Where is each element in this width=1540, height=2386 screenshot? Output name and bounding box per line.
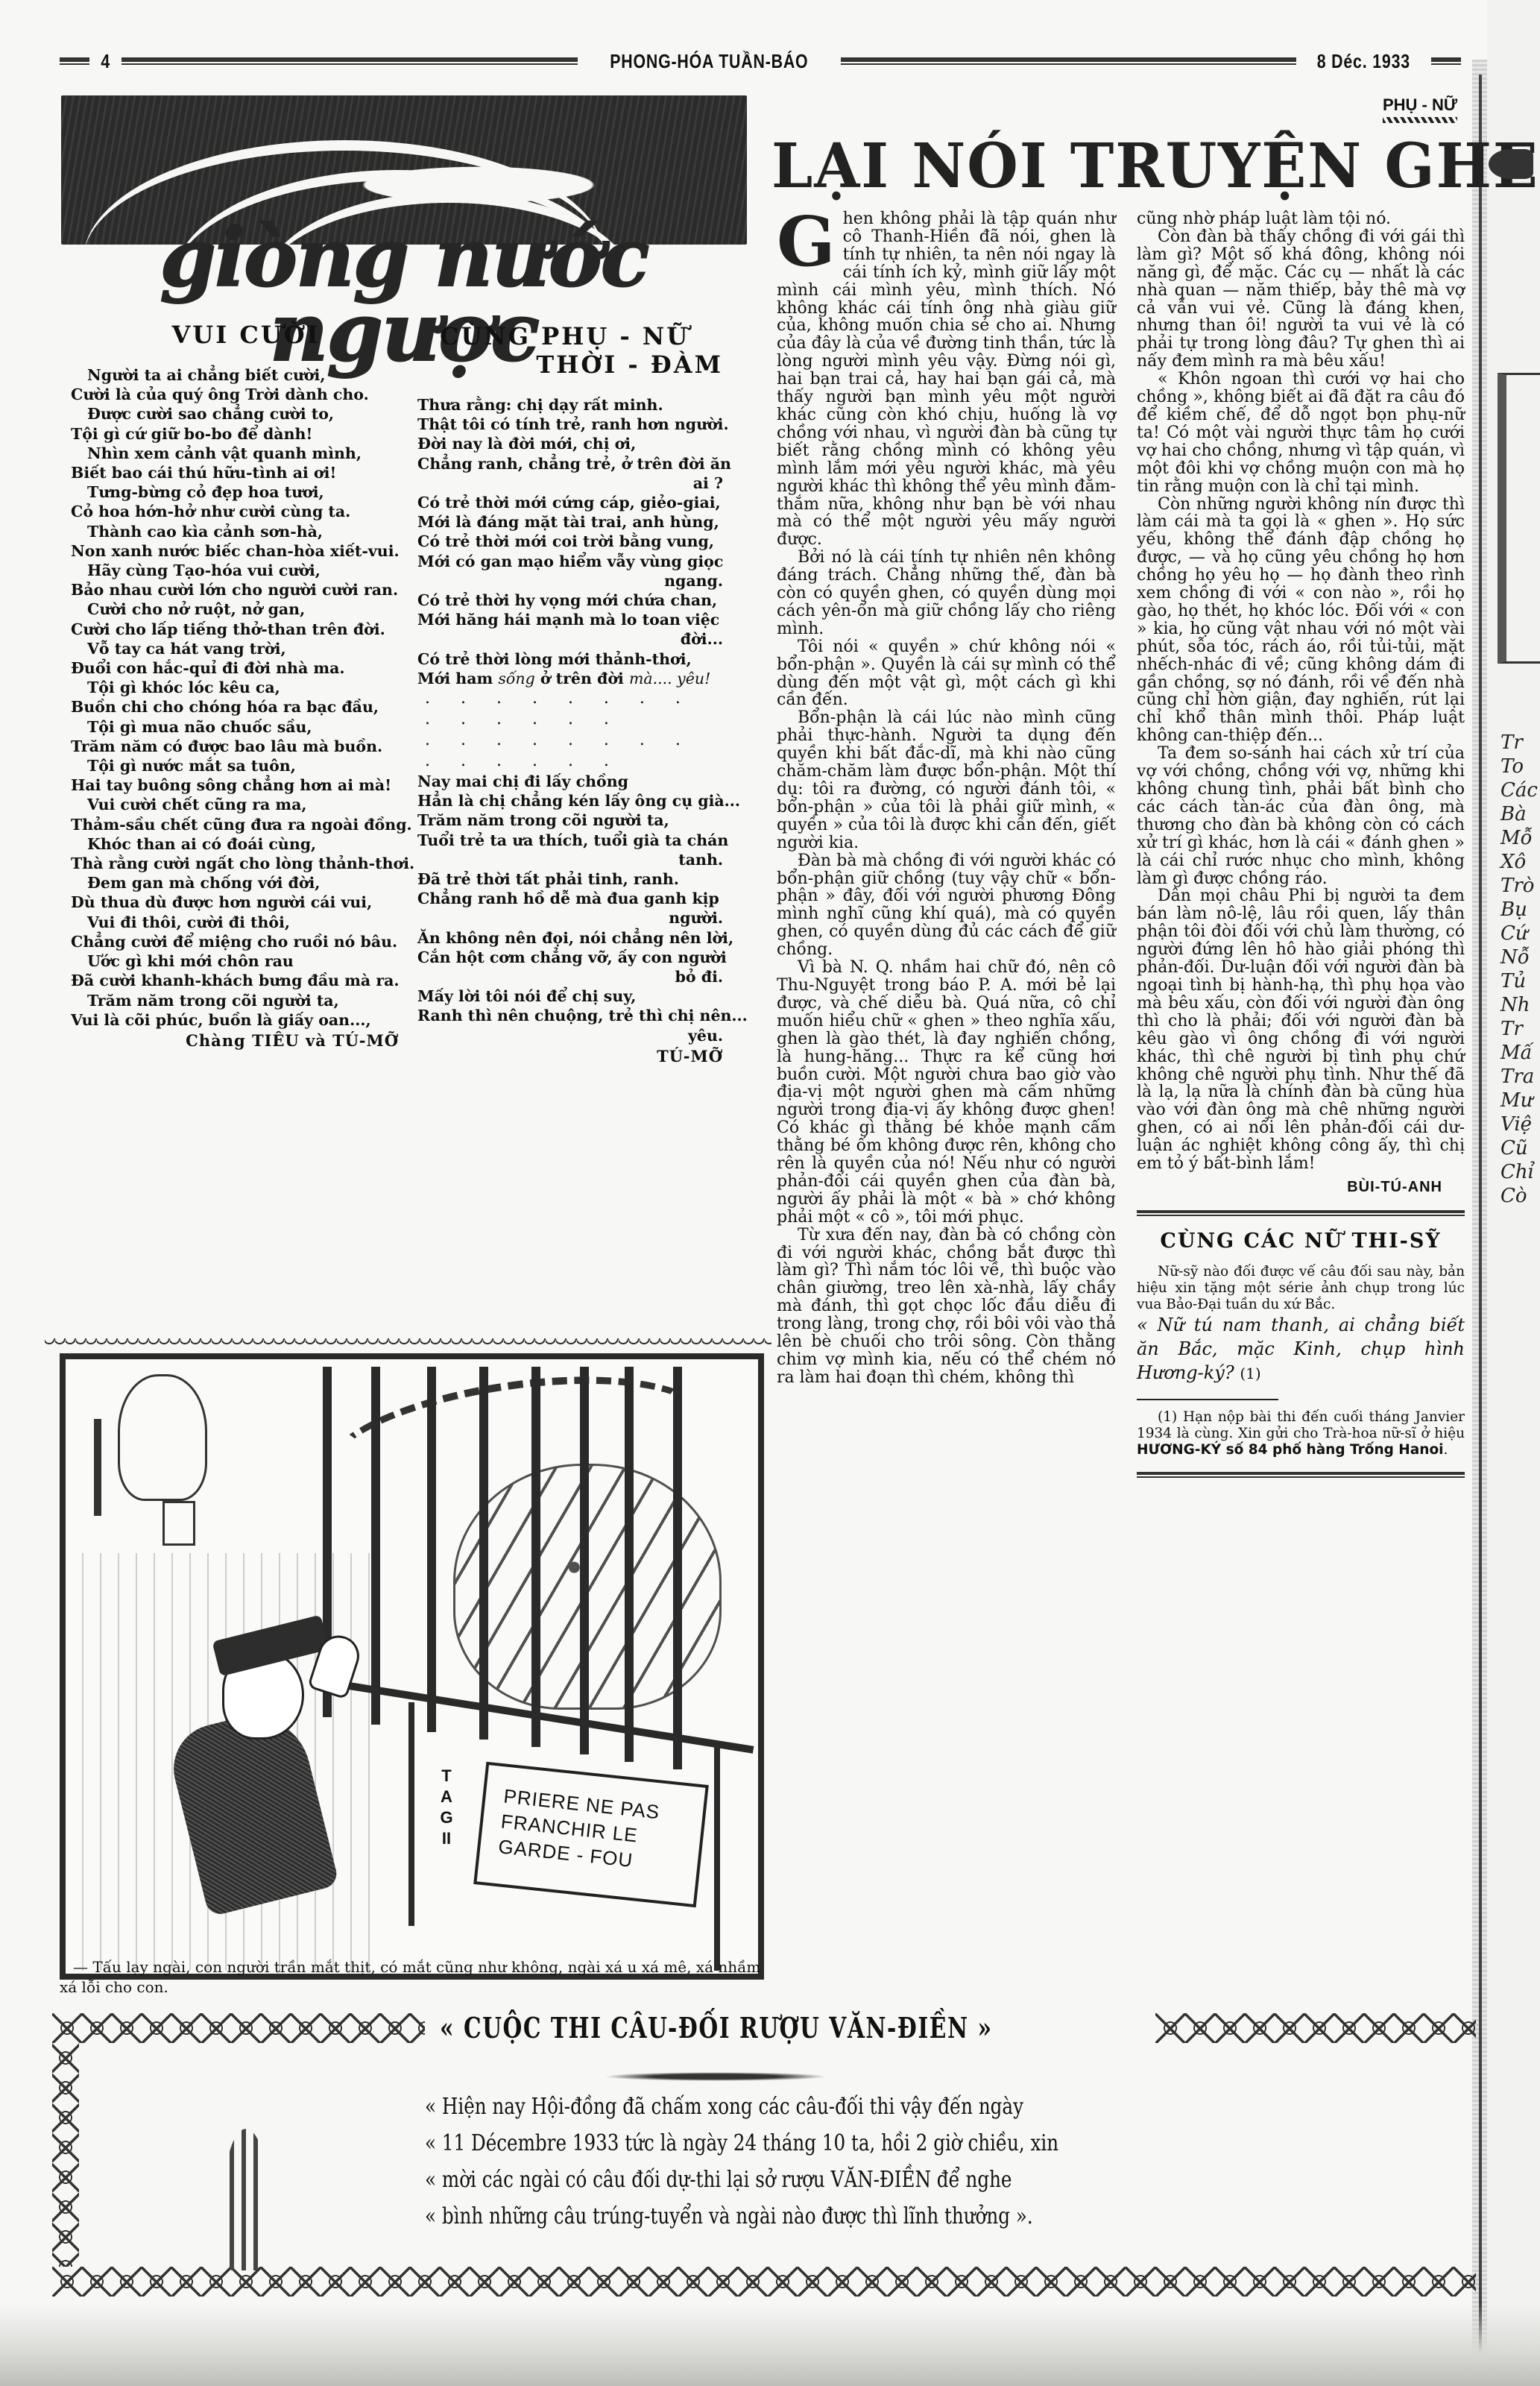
poem-title-line2: THỜI - ĐÀM — [417, 350, 723, 379]
poets-quote: « Nữ tú nam thanh, ai chẳng biết ăn Bắc,… — [1137, 1313, 1465, 1385]
incense-drawing — [162, 1501, 195, 1546]
poem-line: Có trẻ thời mới coi trời bằng vung, — [417, 532, 723, 551]
adjacent-text-fragment: Các — [1487, 778, 1540, 802]
artist-signature: T A G II — [438, 1766, 455, 1849]
section-label-text: PHỤ - NỮ — [1383, 95, 1457, 115]
poem-cung-phu-nu: CÙNG PHỤ - NỮ THỜI - ĐÀM Thưa rằng: chị … — [417, 322, 723, 1065]
poem-line: Tuổi trẻ ta ưa thích, tuổi già ta chán — [417, 831, 723, 850]
poem-line: Trăm năm có được bao lâu mà buồn. — [71, 737, 399, 756]
poem-lines: Người ta ai chẳng biết cười,Cười là của … — [71, 365, 399, 1030]
article-paragraph: Dân mọi châu Phi bị người ta đem bán làm… — [1137, 887, 1465, 1173]
poem-line: Bảo nhau cười lớn cho người cười ran. — [71, 580, 399, 599]
adjacent-page-edge: TrToCácBàMỗXôTròBụCứNỗTủNhTrMấTraMưViệCũ… — [1487, 0, 1540, 2386]
article-column-1: Ghen không phải là tập quán như cô Thanh… — [777, 210, 1116, 1387]
ornament-border-left — [52, 2043, 79, 2267]
footnote-rule — [1137, 1399, 1278, 1400]
poem-line: Tội gì nước mắt sa tuôn, — [71, 756, 399, 775]
poem-line: Tội gì cứ giữ bo-bo để dành! — [71, 424, 399, 444]
cage-bar — [673, 1367, 682, 1769]
adjacent-text-fragment: Cũ — [1487, 1136, 1540, 1160]
poem-line: Tưng-bừng cỏ đẹp hoa tươi, — [71, 482, 399, 502]
poem-line: Chẳng cười để miệng cho ruồi nó bâu. — [71, 932, 399, 951]
adjacent-text-fragment: Trò — [1487, 874, 1540, 898]
adjacent-text-fragment: Tra — [1487, 1065, 1540, 1089]
article-paragraph: Còn những người không nín được thì làm c… — [1137, 496, 1465, 746]
section-divider — [1137, 1472, 1465, 1478]
poem-line: Mới hăng hái mạnh mà lo toan việc — [417, 610, 723, 629]
article-paragraph: Ta đem so-sánh hai cách xử trí của vợ vớ… — [1137, 745, 1465, 887]
article-paragraph: cũng nhờ pháp luật làm tội nó. — [1137, 210, 1465, 228]
cartoon-illustration: PRIERE NE PAS FRANCHIR LE GARDE - FOU T … — [60, 1353, 764, 1980]
swash-ornament — [604, 2072, 827, 2081]
poem-line: Có trẻ thời lòng mới thảnh-thơi, — [417, 649, 723, 669]
contest-line: « bình những câu trúng-tuyển và ngài nào… — [425, 2198, 1067, 2235]
poem-line: Mới là đáng mặt tài trai, anh hùng, — [417, 512, 723, 532]
contest-announcement: « CUỘC THI CÂU-ĐỐI RƯỢU VĂN-ĐIỀN » « Hiệ… — [52, 2009, 1476, 2300]
publication-name: PHONG-HÓA TUẦN-BÁO — [610, 50, 808, 73]
article-byline: BÙI-TÚ-ANH — [1137, 1179, 1465, 1197]
poem-line: Đời nay là đời mới, chị ơi, — [417, 434, 723, 453]
article-paragraph: « Khôn ngoan thì cưới vợ hai cho chồng »… — [1137, 371, 1465, 495]
adjacent-text-fragment: Mư — [1487, 1089, 1540, 1112]
fish-ornament-icon — [1489, 149, 1533, 179]
cartoon-caption: — Tấu lạy ngài, con người trần mắt thịt,… — [60, 1957, 764, 1998]
poem-line: Trăm năm trong cõi người ta, — [417, 810, 723, 830]
cage-bar — [531, 1367, 540, 1747]
contest-line: « 11 Décembre 1933 tức là ngày 24 tháng … — [425, 2125, 1067, 2162]
poem-stanza-2: Nay mai chị đi lấy chồngHẳn là chị chẳng… — [417, 772, 723, 1045]
adjacent-page-box — [1498, 373, 1540, 664]
section-masthead-woodcut: giòng nước ngược — [54, 95, 754, 289]
article-paragraph: Đàn bà mà chồng đi với người khác có bổn… — [777, 852, 1116, 959]
poem-line: Thành cao kìa cảnh sơn-hà, — [71, 522, 399, 541]
poem-line: Nay mai chị đi lấy chồng — [417, 772, 723, 791]
poets-section-title: CÙNG CÁC NỮ THI-SỸ — [1137, 1233, 1465, 1250]
adjacent-text-fragment: Tr — [1487, 1017, 1540, 1041]
poem-line: Thà rằng cười ngất cho lòng thảnh-thơi. — [71, 854, 399, 873]
article-paragraph: Bởi nó là cái tính tự nhiên nên không đá… — [777, 549, 1116, 638]
poem-line: Đem gan mà chống với đời, — [71, 873, 399, 893]
hatch-underline — [1383, 117, 1457, 123]
drop-cap: G — [777, 212, 836, 271]
article-column-2: cũng nhờ pháp luật làm tội nó.Còn đàn bà… — [1137, 210, 1465, 1494]
poem-line: Khóc than ai có đoái cùng, — [71, 834, 399, 854]
candle-drawing — [94, 1419, 101, 1516]
poem-line: người. — [417, 908, 723, 928]
page-number: 4 — [101, 50, 110, 73]
adjacent-text-fragment: Nh — [1487, 993, 1540, 1017]
poem-line: Cỏ hoa hớn-hở như cười cùng ta. — [71, 502, 399, 521]
poem-line-italic: Mới ham sống ở trên đời mà.... yêu! — [417, 669, 723, 688]
adjacent-text-fragment: Mấ — [1487, 1041, 1540, 1065]
wheat-ornament-icon — [224, 2129, 268, 2270]
contest-line: « Hiện nay Hội-đồng đã chấm xong các câu… — [425, 2088, 1067, 2125]
text: ở trên đời — [535, 670, 629, 687]
poem-line: ngang. — [417, 571, 723, 591]
poem-line: Hẳn là chị chẳng kén lấy ông cụ già... — [417, 791, 723, 810]
poem-line: đời... — [417, 629, 723, 649]
article-paragraph: Từ xưa đến nay, đàn bà có chồng còn đi v… — [777, 1227, 1116, 1387]
binding-line — [1479, 75, 1482, 2386]
header-rule — [122, 57, 578, 65]
adjacent-text-fragment: Xô — [1487, 850, 1540, 874]
poem-stanza-1: Thưa rằng: chị dạy rất minh.Thật tôi có … — [417, 395, 723, 669]
ellipsis-row: . . . . . . . . . . . . . . — [417, 730, 723, 772]
adjacent-text-fragment: Tủ — [1487, 969, 1540, 993]
poem-line: Đã cười khanh-khách bưng đầu mà ra. — [71, 971, 399, 990]
quote-text: « Nữ tú nam thanh, ai chẳng biết ăn Bắc,… — [1137, 1315, 1465, 1383]
poem-line: Chẳng ranh, chẳng trẻ, ở trên đời ăn — [417, 454, 723, 473]
ellipsis-row: . . . . . . . . . . . . . . — [417, 688, 723, 730]
poem-line: Đuổi con hắc-quỉ đi đời nhà ma. — [71, 658, 399, 678]
rail-post — [408, 1702, 414, 1926]
article-paragraph: Vì bà N. Q. nhầm hai chữ đó, nên cô Thu-… — [777, 959, 1116, 1227]
poem-line: Thật tôi có tính trẻ, ranh hơn người. — [417, 415, 723, 434]
adjacent-text-fragment: Tr — [1487, 731, 1540, 755]
poem-line: Cười cho nở ruột, nở gan, — [71, 599, 399, 619]
poets-intro: Nữ-sỹ nào đối được vế câu đối sau này, b… — [1137, 1264, 1465, 1313]
text: Mới ham — [417, 670, 498, 687]
poem-line: Chẳng ranh hồ dễ mà đua ganh kịp — [417, 889, 723, 908]
poem-title: VUI CƯỜI — [93, 321, 399, 349]
cage-bar — [625, 1367, 634, 1762]
poem-line: Ăn không nên đọi, nói chẳng nên lời, — [417, 928, 723, 948]
poem-line: Tội gì khóc lóc kêu ca, — [71, 678, 399, 697]
poem-line: Người ta ai chẳng biết cười, — [71, 365, 399, 385]
poem-line: Tội gì mua não chuốc sầu, — [71, 717, 399, 737]
section-divider — [1137, 1210, 1465, 1216]
altar-drawing — [88, 1374, 222, 1553]
poem-line: Cười là của quý ông Trời dành cho. — [71, 385, 399, 404]
running-header: 4 PHONG-HÓA TUẦN-BÁO 8 Déc. 1933 — [60, 48, 1461, 75]
header-rule — [1431, 57, 1461, 65]
poem-line: Vui cười chết cũng ra ma, — [71, 795, 399, 814]
poem-line: Mới có gan mạo hiểm vẫy vùng giọc — [417, 552, 723, 571]
poem-line: Thảm-sầu chết cũng đưa ra ngoài đồng. — [71, 815, 399, 834]
article-paragraph: Ghen không phải là tập quán như cô Thanh… — [777, 210, 1116, 549]
signature-glyph: A — [438, 1787, 455, 1807]
adjacent-text-fragment: Việ — [1487, 1112, 1540, 1136]
poem-line: Non xanh nước biếc chan-hòa xiết-vui. — [71, 541, 399, 561]
poem-line: Mấy lời tôi nói để chị suy, — [417, 986, 723, 1006]
contest-title: « CUỘC THI CÂU-ĐỐI RƯỢU VĂN-ĐIỀN » — [440, 2009, 993, 2047]
cage-bar — [371, 1367, 380, 1725]
poem-line: Vui là cõi phúc, buồn là giấy oan..., — [71, 1010, 399, 1030]
poem-line: Có trẻ thời hy vọng mới chứa chan, — [417, 591, 723, 610]
poem-line: Hãy cùng Tạo-hóa vui cười, — [71, 561, 399, 580]
poem-line: bỏ đi. — [417, 967, 723, 986]
cage-bar — [479, 1367, 488, 1740]
signature-glyph: G — [438, 1807, 455, 1828]
cage-bar — [427, 1367, 436, 1732]
adjacent-text-fragment: Bụ — [1487, 898, 1540, 922]
text-italic: sống — [498, 670, 534, 687]
poem-line: Được cười sao chẳng cười to, — [71, 404, 399, 424]
poem-line: Trăm năm trong cõi người ta, — [71, 991, 399, 1010]
article-paragraph: Còn đàn bà thấy chồng đi với gái thì làm… — [1137, 228, 1465, 371]
contest-body: « Hiện nay Hội-đồng đã chấm xong các câu… — [425, 2088, 1067, 2235]
footnote-address: HƯƠNG-KÝ số 84 phố hàng Trống Hanoi — [1137, 1442, 1444, 1458]
kneeling-man-drawing — [162, 1628, 341, 1941]
contest-line: « mời các ngài có câu đối dự-thi lại sở … — [425, 2162, 1067, 2198]
poem-line: Ranh thì nên chuộng, trẻ thì chị nên... — [417, 1006, 723, 1025]
adjacent-text-fragment: Bà — [1487, 802, 1540, 826]
signature-glyph: T — [438, 1766, 455, 1787]
poem-signature: Chàng TIÊU và TÚ-MỠ — [71, 1031, 399, 1050]
header-rule — [841, 57, 1297, 65]
poem-line: Đã trẻ thời tất phải tinh, ranh. — [417, 869, 723, 889]
ornament-border-top-left — [52, 2013, 425, 2043]
adjacent-text-fragment: Nỗ — [1487, 945, 1540, 969]
article-paragraph: Tôi nói « quyền » chứ không nói « bổn-ph… — [777, 638, 1116, 710]
adjacent-page-fragments: TrToCácBàMỗXôTròBụCứNỗTủNhTrMấTraMưViệCũ… — [1487, 731, 1540, 1208]
poem-line: Ước gì khi mới chôn rau — [71, 951, 399, 971]
poem-line: Buồn chi cho chóng hóa ra bạc đầu, — [71, 697, 399, 717]
poem-line: Nhìn xem cảnh vật quanh mình, — [71, 444, 399, 463]
poem-line: Hai tay buông sông chẳng hơn ai mà! — [71, 775, 399, 795]
cage-bar — [580, 1367, 589, 1754]
section-label: PHỤ - NỮ — [1383, 95, 1457, 123]
footnote-ref: (1) — [1240, 1364, 1260, 1382]
poem-line: Có trẻ thời mới cứng cáp, giẻo-giai, — [417, 493, 723, 512]
poem-line: Dù thua dù được hơn người cái vui, — [71, 893, 399, 912]
poem-vui-cuoi: VUI CƯỜI Người ta ai chẳng biết cười,Cườ… — [71, 321, 399, 1050]
article-paragraphs: cũng nhờ pháp luật làm tội nó.Còn đàn bà… — [1137, 210, 1465, 1173]
article-paragraphs: Ghen không phải là tập quán như cô Thanh… — [777, 210, 1116, 1387]
poem-line: Thưa rằng: chị dạy rất minh. — [417, 395, 723, 415]
poem-line: ai ? — [417, 473, 723, 493]
footnote-text: (1) Hạn nộp bài thi đến cuối tháng Janvi… — [1137, 1409, 1465, 1441]
poem-line: Vỗ tay ca hát vang trời, — [71, 639, 399, 658]
poem-line: yêu. — [417, 1026, 723, 1045]
poem-title-line1: CÙNG PHỤ - NỮ — [417, 322, 723, 350]
wavy-divider — [45, 1338, 771, 1347]
adjacent-text-fragment: Cứ — [1487, 922, 1540, 945]
article-headline: LẠI NÓI TRUYỆN GHEN — [771, 133, 1444, 200]
ornament-border-top-right — [1155, 2013, 1476, 2043]
signature-glyph: II — [438, 1828, 455, 1849]
header-rule — [60, 57, 89, 65]
warning-sign: PRIERE NE PAS FRANCHIR LE GARDE - FOU — [473, 1762, 709, 1907]
text-italic: mà.... yêu! — [629, 670, 710, 687]
adjacent-text-fragment: Chỉ — [1487, 1160, 1540, 1184]
tiger-statue-drawing — [118, 1374, 207, 1501]
rail-post — [714, 1747, 720, 1971]
adjacent-text-fragment: Mỗ — [1487, 826, 1540, 850]
poem-line: tanh. — [417, 850, 723, 869]
poem-line: Biết bao cái thú hữu-tình ai ơi! — [71, 463, 399, 482]
poem-line: Cắn hột cơm chẳng vỡ, ấy con người — [417, 948, 723, 967]
ornament-border-bottom — [52, 2267, 1476, 2297]
poem-line: Cười cho lấp tiếng thở-than trên đời. — [71, 620, 399, 639]
footnote-text: . — [1444, 1442, 1448, 1458]
article-paragraph: Bổn-phận là cái lúc nào mình cũng phải t… — [777, 709, 1116, 852]
adjacent-text-fragment: Cò — [1487, 1184, 1540, 1208]
scan-bottom-edge — [0, 2304, 1540, 2386]
adjacent-text-fragment: To — [1487, 755, 1540, 778]
issue-date: 8 Déc. 1933 — [1317, 50, 1410, 73]
poem-signature: TÚ-MỠ — [417, 1047, 723, 1065]
footnote: (1) Hạn nộp bài thi đến cuối tháng Janvi… — [1137, 1409, 1465, 1458]
poem-line: Vui đi thôi, cười đi thôi, — [71, 913, 399, 932]
